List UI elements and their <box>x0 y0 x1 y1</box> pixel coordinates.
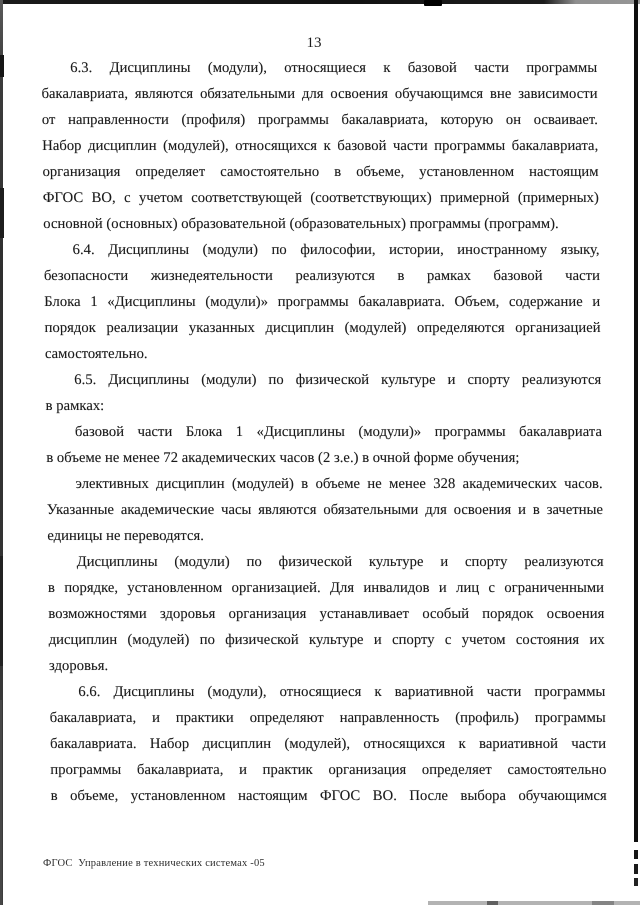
text-line: основной (основных) образовательной (обр… <box>43 211 599 237</box>
text-line: в рамках: <box>45 393 601 419</box>
scan-artifact <box>487 901 498 905</box>
footer-stamp: ФГОС Управление в технических системах -… <box>43 857 265 871</box>
document-body: 6.3. Дисциплины (модули), относящиеся к … <box>41 55 607 809</box>
scan-artifact <box>592 901 614 905</box>
scan-artifact <box>0 700 2 905</box>
text-line: базовой части Блока 1 «Дисциплины (модул… <box>46 419 602 445</box>
text-line: Набор дисциплин (модулей), относящихся к… <box>42 133 598 159</box>
page-number: 13 <box>0 30 628 56</box>
scan-artifact <box>634 864 638 874</box>
text-line: 6.5. Дисциплины (модули) по физической к… <box>45 367 601 393</box>
text-line: организация определяет самостоятельно в … <box>42 159 598 185</box>
text-line: в порядке, установленном организацией. Д… <box>48 575 604 601</box>
text-line: ФГОС ВО, с учетом соответствующей (соотв… <box>43 185 599 211</box>
text-line: Дисциплины (модули) по физической культу… <box>47 549 603 575</box>
text-line: бакалавриата. Набор дисциплин (модулей),… <box>50 731 606 757</box>
text-line: здоровья. <box>49 653 605 679</box>
text-line: элективных дисциплин (модулей) в объеме … <box>46 471 602 497</box>
text-line: дисциплин (модулей) по физической культу… <box>48 627 604 653</box>
scanned-page: 13 6.3. Дисциплины (модули), относящиеся… <box>0 0 640 905</box>
text-line: 6.3. Дисциплины (модули), относящиеся к … <box>41 55 597 81</box>
text-line: от направленности (профиля) программы ба… <box>42 107 598 133</box>
text-line: в объеме не менее 72 академических часов… <box>46 445 602 471</box>
text-line: единицы не переводятся. <box>47 523 603 549</box>
text-line: программы бакалавриата, и практик органи… <box>50 757 606 783</box>
scan-artifact <box>424 0 442 6</box>
scan-edge-right <box>634 0 638 842</box>
scan-artifact <box>634 850 638 859</box>
scan-edge-top <box>0 0 640 4</box>
text-line: возможностями здоровья организация устан… <box>48 601 604 627</box>
text-line: самостоятельно. <box>45 341 601 367</box>
scan-artifact <box>634 878 638 886</box>
text-line: Указанные академические часы являются об… <box>47 497 603 523</box>
text-line: Блока 1 «Дисциплины (модули)» программы … <box>44 289 600 315</box>
scan-artifact <box>0 55 4 77</box>
text-line: бакалавриата, и практики определяют напр… <box>50 705 606 731</box>
scan-artifact <box>0 556 3 666</box>
scan-artifact <box>0 188 4 238</box>
text-line: безопасности жизнедеятельности реализуют… <box>44 263 600 289</box>
text-line: 6.4. Дисциплины (модули) по философии, и… <box>43 237 599 263</box>
text-line: в объеме, установленном настоящим ФГОС В… <box>51 783 607 809</box>
text-line: 6.6. Дисциплины (модули), относящиеся к … <box>49 679 605 705</box>
text-line: порядок реализации указанных дисциплин (… <box>44 315 600 341</box>
text-line: бакалавриата, являются обязательными для… <box>41 81 597 107</box>
